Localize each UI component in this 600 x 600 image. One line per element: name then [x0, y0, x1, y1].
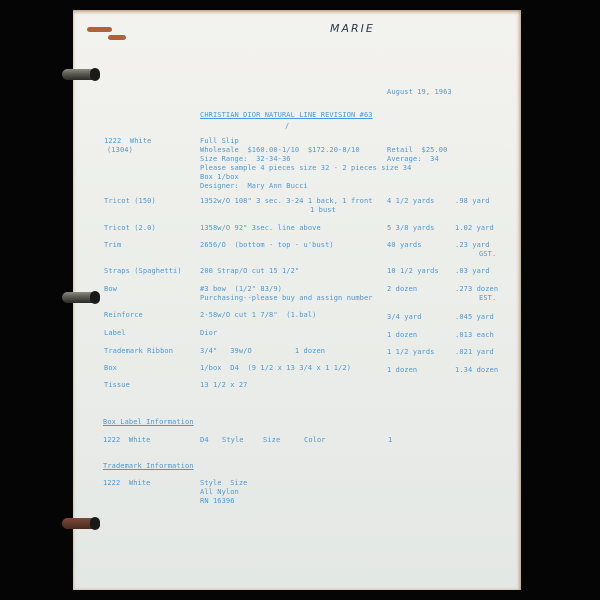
- trademark-heading: Trademark Information: [103, 462, 194, 471]
- material-qty: 2 dozen: [387, 285, 417, 294]
- material-qty: 5 3/8 yards: [387, 224, 434, 233]
- material-spec: 1/box D4 (9 1/2 x 13 3/4 x 1 1/2): [200, 364, 351, 373]
- box-label-cell: Style: [222, 436, 244, 445]
- rust-stain: [87, 27, 112, 32]
- material-cost-note: GST.: [479, 250, 496, 259]
- item-sub: (1304): [107, 146, 133, 155]
- material-name: Trademark Ribbon: [104, 347, 173, 356]
- material-name: Tricot (150): [104, 197, 156, 206]
- document-heading: CHRISTIAN DIOR NATURAL LINE REVISION #63: [200, 111, 373, 120]
- trademark-line: RN 16396: [200, 497, 235, 506]
- trademark-item: 1222 White: [103, 479, 150, 488]
- material-name: Tricot (2.0): [104, 224, 156, 233]
- material-cost: .045 yard: [455, 313, 494, 322]
- material-cost: 1.34 dozen: [455, 366, 498, 375]
- binder-ring-bottom: [62, 518, 100, 529]
- box-label-cell: 1: [388, 436, 392, 445]
- box-label-cell: Color: [304, 436, 326, 445]
- material-name: Box: [104, 364, 117, 373]
- item-line: Box 1/box: [200, 173, 239, 182]
- material-qty: 40 yards: [387, 241, 422, 250]
- material-spec: 1352w/O 108" 3 sec. 3-24 1 back, 1 front: [200, 197, 373, 206]
- material-qty: 1 dozen: [387, 331, 417, 340]
- material-qty: 4 1/2 yards: [387, 197, 434, 206]
- item-retail: Retail $25.00: [387, 146, 447, 155]
- material-cost: .98 yard: [455, 197, 490, 206]
- trademark-line: All Nylon: [200, 488, 239, 497]
- item-average: Average: 34: [387, 155, 439, 164]
- material-name: Trim: [104, 241, 121, 250]
- material-cost: .23 yard: [455, 241, 490, 250]
- document-date: August 19, 1963: [387, 88, 452, 97]
- material-name: Bow: [104, 285, 117, 294]
- material-spec: 13 1/2 x 27: [200, 381, 247, 390]
- material-cost: .273 dozen: [455, 285, 498, 294]
- item-line: Size Range: 32-34-36: [200, 155, 291, 164]
- material-spec: #3 bow (1/2" 83/9): [200, 285, 282, 294]
- binder-ring-top: [62, 69, 100, 80]
- material-spec: 200 Strap/O cut 15 1/2": [200, 267, 299, 276]
- material-spec: 1 bust: [310, 206, 336, 215]
- material-qty: 1 dozen: [387, 366, 417, 375]
- material-spec: Dior: [200, 329, 217, 338]
- box-label-cell: 1222 White: [103, 436, 150, 445]
- box-label-heading: Box Label Information: [103, 418, 194, 427]
- box-label-cell: D4: [200, 436, 209, 445]
- material-cost: 1.02 yard: [455, 224, 494, 233]
- material-spec: 1358w/O 92" 3sec. line above: [200, 224, 321, 233]
- material-spec: 2656/O (bottom - top - u'bust): [200, 241, 334, 250]
- trademark-line: Style Size: [200, 479, 247, 488]
- material-spec: 3/4" 39w/O 1 dozen: [200, 347, 325, 356]
- heading-mark: /: [285, 122, 289, 131]
- material-qty: 1 1/2 yards: [387, 348, 434, 357]
- material-cost: .03 yard: [455, 267, 490, 276]
- item-line: Please sample 4 pieces size 32 - 2 piece…: [200, 164, 411, 173]
- material-name: Reinforce: [104, 311, 143, 320]
- material-spec: Purchasing--please buy and assign number: [200, 294, 373, 303]
- material-qty: 3/4 yard: [387, 313, 422, 322]
- material-cost-note: EST.: [479, 294, 496, 303]
- box-label-cell: Size: [263, 436, 280, 445]
- material-name: Label: [104, 329, 126, 338]
- item-line: Designer: Mary Ann Bucci: [200, 182, 308, 191]
- material-name: Tissue: [104, 381, 130, 390]
- material-qty: 10 1/2 yards: [387, 267, 439, 276]
- item-line: Full Slip: [200, 137, 239, 146]
- material-name: Straps (Spaghetti): [104, 267, 182, 276]
- item-line: Wholesale $160.00-1/10 $172.20-8/10: [200, 146, 360, 155]
- material-cost: .021 yard: [455, 348, 494, 357]
- material-spec: 2-58w/O cut 1 7/8" (1.bal): [200, 311, 317, 320]
- binder-ring-middle: [62, 292, 100, 303]
- material-cost: .013 each: [455, 331, 494, 340]
- rust-stain: [108, 35, 126, 40]
- handwritten-name: MARIE: [330, 22, 375, 35]
- item-number: 1222 White: [104, 137, 151, 146]
